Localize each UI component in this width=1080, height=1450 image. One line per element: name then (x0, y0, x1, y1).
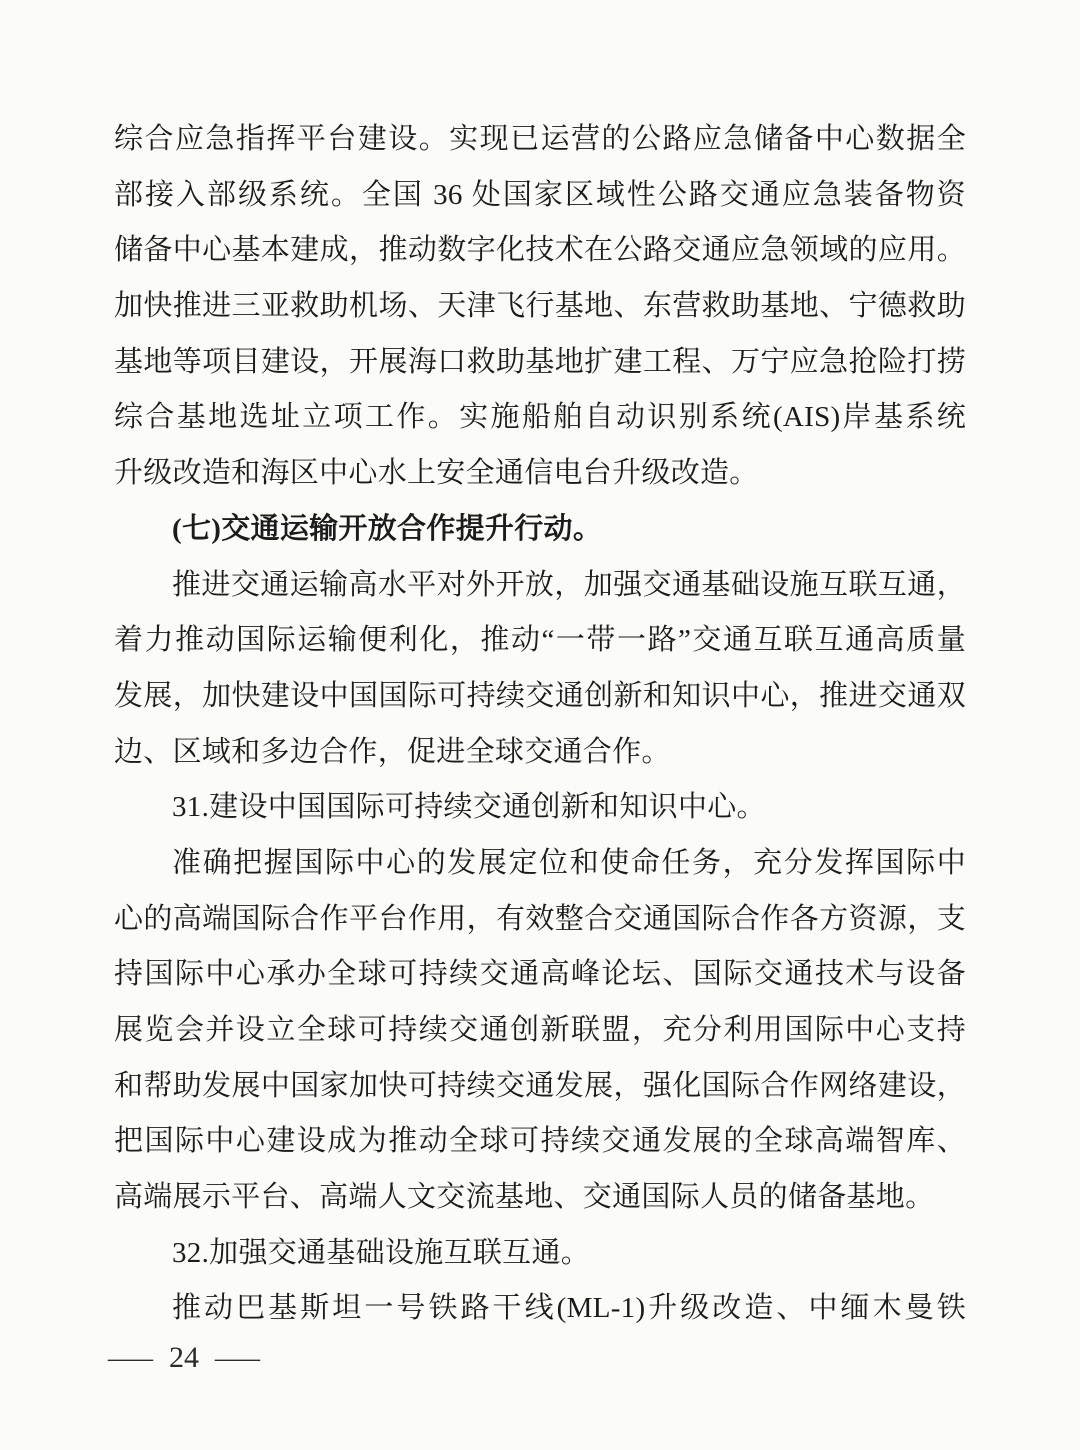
text-line: 推动巴基斯坦一号铁路干线(ML-1)升级改造、中缅木曼铁 (114, 1281, 966, 1337)
text-line: 推进交通运输高水平对外开放，加强交通基础设施互联互通， (114, 558, 966, 614)
footer-dash-left: — (108, 1342, 153, 1375)
document-text-block: 综合应急指挥平台建设。实现已运营的公路应急储备中心数据全部接入部级系统。全国 3… (114, 112, 966, 1337)
text-line: 和帮助发展中国家加快可持续交通发展，强化国际合作网络建设， (114, 1059, 966, 1115)
text-line: 高端展示平台、高端人文交流基地、交通国际人员的储备基地。 (114, 1170, 966, 1226)
text-line: 基地等项目建设，开展海口救助基地扩建工程、万宁应急抢险打捞 (114, 335, 966, 391)
text-line: 31.建设中国国际可持续交通创新和知识中心。 (114, 780, 966, 836)
text-line: 持国际中心承办全球可持续交通高峰论坛、国际交通技术与设备 (114, 947, 966, 1003)
page-footer: — 24 — (116, 1330, 252, 1386)
text-line: 发展，加快建设中国国际可持续交通创新和知识中心，推进交通双 (114, 669, 966, 725)
scanned-document-page: 综合应急指挥平台建设。实现已运营的公路应急储备中心数据全部接入部级系统。全国 3… (0, 0, 1080, 1450)
text-line: 展览会并设立全球可持续交通创新联盟，充分利用国际中心支持 (114, 1003, 966, 1059)
page-number: 24 (169, 1341, 199, 1375)
footer-dash-right: — (215, 1342, 260, 1375)
text-line: 综合应急指挥平台建设。实现已运营的公路应急储备中心数据全 (114, 112, 966, 168)
text-line: 加快推进三亚救助机场、天津飞行基地、东营救助基地、宁德救助 (114, 279, 966, 335)
text-line: 部接入部级系统。全国 36 处国家区域性公路交通应急装备物资 (114, 168, 966, 224)
text-line: (七)交通运输开放合作提升行动。 (114, 502, 966, 558)
text-line: 心的高端国际合作平台作用，有效整合交通国际合作各方资源，支 (114, 892, 966, 948)
text-line: 32.加强交通基础设施互联互通。 (114, 1226, 966, 1282)
text-line: 储备中心基本建成，推动数字化技术在公路交通应急领域的应用。 (114, 223, 966, 279)
text-line: 把国际中心建设成为推动全球可持续交通发展的全球高端智库、 (114, 1114, 966, 1170)
text-line: 升级改造和海区中心水上安全通信电台升级改造。 (114, 446, 966, 502)
text-line: 着力推动国际运输便利化，推动“一带一路”交通互联互通高质量 (114, 613, 966, 669)
text-line: 综合基地选址立项工作。实施船舶自动识别系统(AIS)岸基系统 (114, 390, 966, 446)
text-line: 准确把握国际中心的发展定位和使命任务，充分发挥国际中 (114, 836, 966, 892)
text-line: 边、区域和多边合作，促进全球交通合作。 (114, 725, 966, 781)
